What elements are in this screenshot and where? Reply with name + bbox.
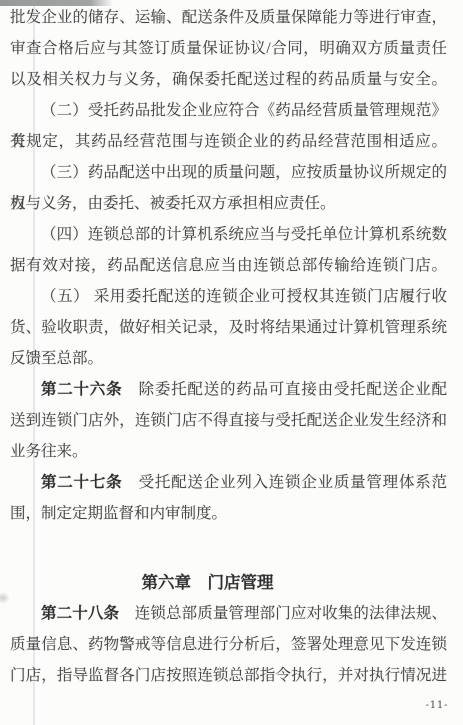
doc-line: 门店，指导监督各门店按照连锁总部指令执行，并对执行情况进 — [10, 660, 447, 691]
doc-line: 货、验收职责，做好相关记录，及时将结果通过计算机管理系统 — [10, 312, 447, 343]
line-text: 批发企业的储存、运输、配送条件及质量保障能力等进行审查， — [10, 9, 447, 26]
chapter-heading-text: 第六章 门店管理 — [142, 573, 274, 592]
doc-line: （三）药品配送中出现的质量问题，应按质量协议所规定的权 — [10, 157, 447, 188]
doc-line: 第二十六条 除委托配送的药品可直接由受托配送企业配 — [10, 374, 447, 405]
doc-line: 反馈至总部。 — [10, 343, 447, 374]
line-text: 连锁总部质量管理部门应对收集的法律法规、 — [135, 605, 447, 622]
line-text: 受托配送企业列入连锁企业质量管理体系范 — [139, 474, 447, 491]
line-text: 据有效对接，药品配送信息应当由连锁总部传输给连锁门店。 — [10, 257, 447, 274]
line-text: （四）连锁总部的计算机系统应当与受托单位计算机系统数 — [41, 226, 447, 243]
line-text: 以及相关权力与义务，确保委托配送过程的药品质量与安全。 — [10, 71, 447, 88]
section-gap — [10, 529, 447, 567]
doc-line: 围，制定定期监督和内审制度。 — [10, 498, 447, 529]
line-text: 质量信息、药物警戒等信息进行分析后，签署处理意见下发连锁 — [10, 636, 447, 653]
doc-line: （四）连锁总部的计算机系统应当与受托单位计算机系统数 — [10, 219, 447, 250]
line-text: 关规定，其药品经营范围与连锁企业的药品经营范围相适应。 — [10, 133, 447, 150]
line-text: 送到连锁门店外，连锁门店不得直接与受托配送企业发生经济和 — [10, 412, 447, 429]
doc-line: 审查合格后应与其签订质量保证协议/合同，明确双方质量责任 — [10, 33, 447, 64]
doc-line: 力与义务，由委托、被委托双方承担相应责任。 — [10, 188, 447, 219]
line-text: 围，制定定期监督和内审制度。 — [10, 505, 227, 522]
doc-line: 送到连锁门店外，连锁门店不得直接与受托配送企业发生经济和 — [10, 405, 447, 436]
line-text: 审查合格后应与其签订质量保证协议/合同，明确双方质量责任 — [10, 40, 447, 57]
line-text: 门店，指导监督各门店按照连锁总部指令执行，并对执行情况进 — [10, 667, 447, 684]
doc-line: 关规定，其药品经营范围与连锁企业的药品经营范围相适应。 — [10, 126, 447, 157]
doc-line: （五） 采用委托配送的连锁企业可授权其连锁门店履行收 — [10, 281, 447, 312]
doc-line: 业务往来。 — [10, 436, 447, 467]
article-number: 第二十八条 — [41, 605, 135, 622]
doc-line: 质量信息、药物警戒等信息进行分析后，签署处理意见下发连锁 — [10, 629, 447, 660]
line-text: 业务往来。 — [10, 443, 88, 460]
doc-line: （二）受托药品批发企业应符合《药品经营质量管理规范》有 — [10, 95, 447, 126]
document-page: 批发企业的储存、运输、配送条件及质量保障能力等进行审查， 审查合格后应与其签订质… — [0, 0, 463, 725]
doc-line: 第二十八条 连锁总部质量管理部门应对收集的法律法规、 — [10, 598, 447, 629]
chapter-heading: 第六章 门店管理 — [10, 567, 447, 598]
document-text-block: 批发企业的储存、运输、配送条件及质量保障能力等进行审查， 审查合格后应与其签订质… — [10, 2, 447, 691]
article-number: 第二十六条 — [41, 381, 139, 398]
line-text: （五） 采用委托配送的连锁企业可授权其连锁门店履行收 — [41, 288, 447, 305]
line-text: 除委托配送的药品可直接由受托配送企业配 — [139, 381, 447, 398]
page-number: -11- — [426, 699, 448, 711]
line-text: 力与义务，由委托、被委托双方承担相应责任。 — [10, 195, 336, 212]
line-text: 货、验收职责，做好相关记录，及时将结果通过计算机管理系统 — [10, 319, 447, 336]
article-number: 第二十七条 — [41, 474, 139, 491]
doc-line: 以及相关权力与义务，确保委托配送过程的药品质量与安全。 — [10, 64, 447, 95]
line-text: 反馈至总部。 — [10, 350, 103, 367]
scan-smudge — [0, 592, 10, 604]
doc-line: 第二十七条 受托配送企业列入连锁企业质量管理体系范 — [10, 467, 447, 498]
doc-line: 据有效对接，药品配送信息应当由连锁总部传输给连锁门店。 — [10, 250, 447, 281]
doc-line: 批发企业的储存、运输、配送条件及质量保障能力等进行审查， — [10, 2, 447, 33]
